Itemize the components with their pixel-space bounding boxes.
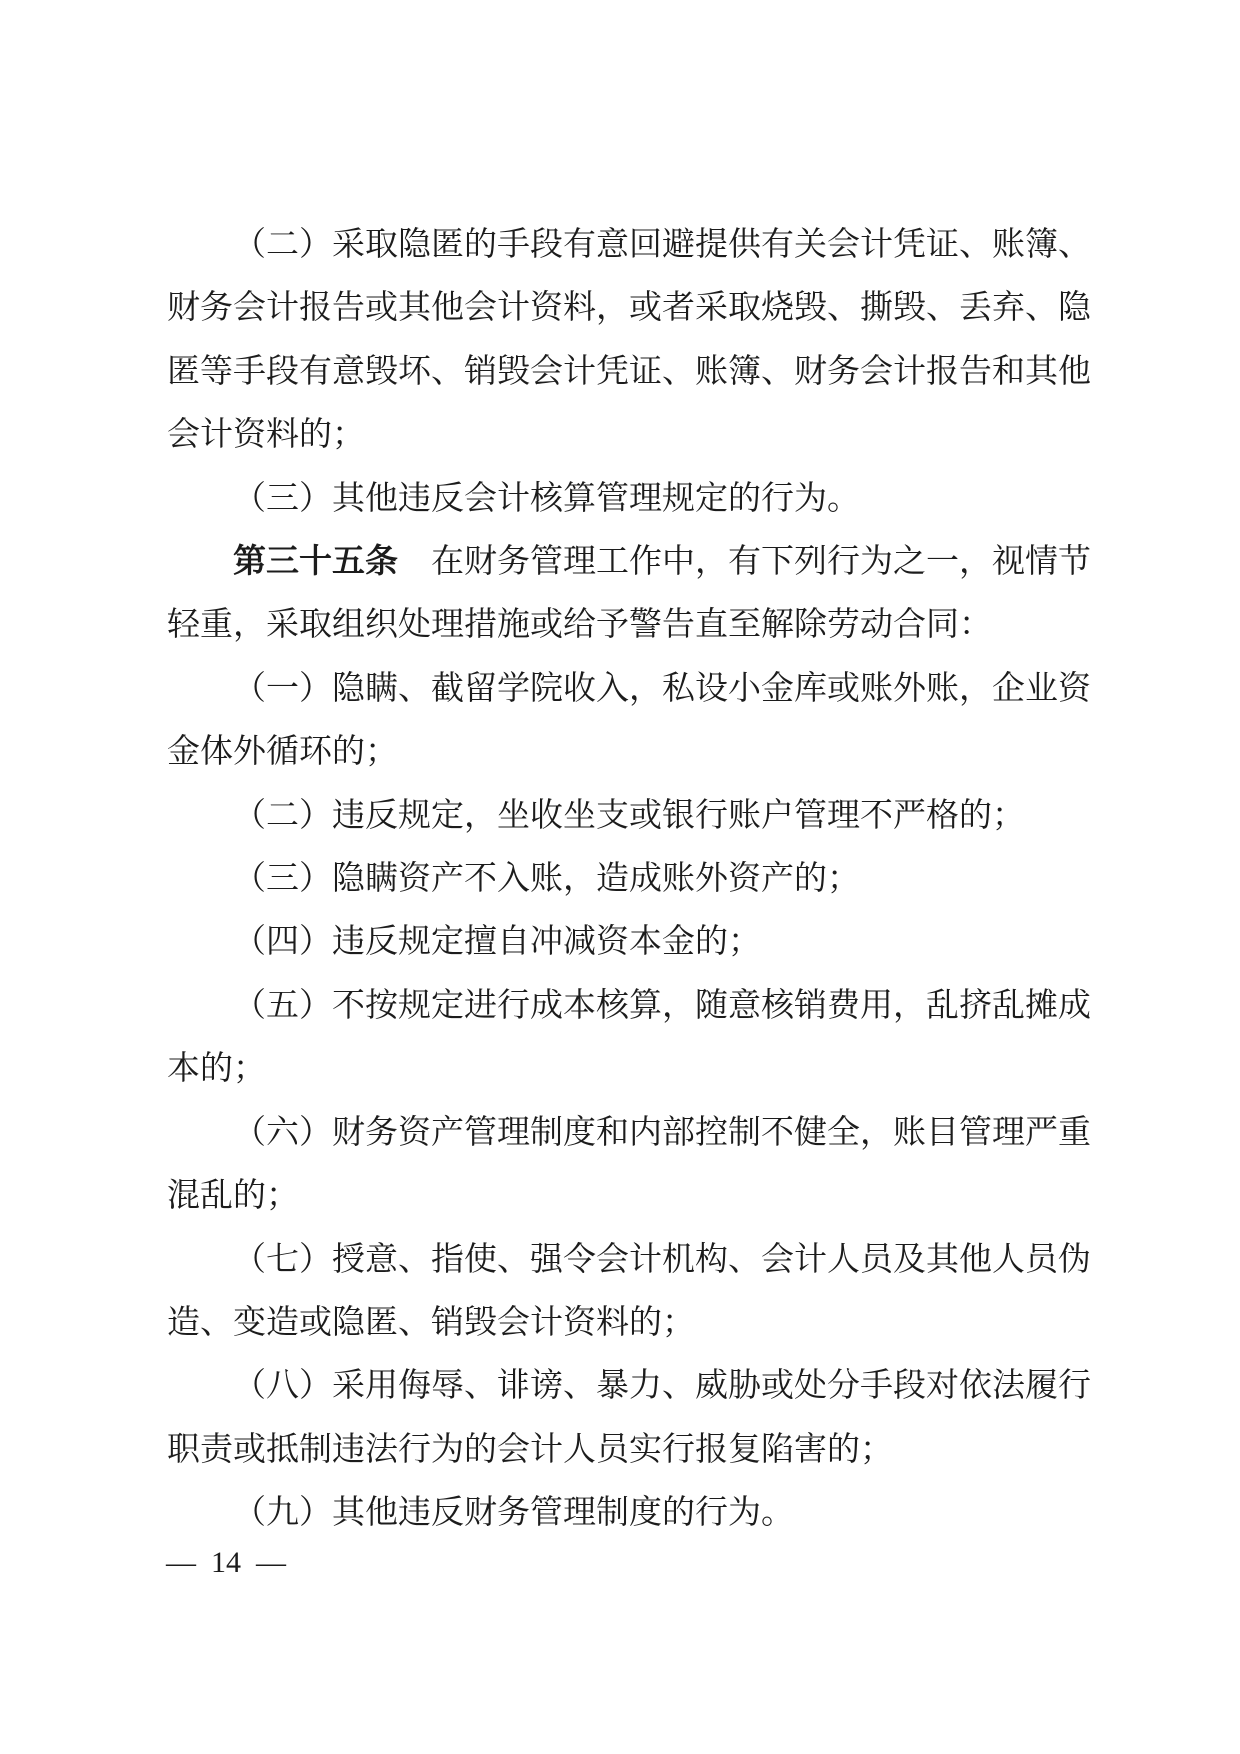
- item-1-financial-violation: （一）隐瞒、截留学院收入，私设小金库或账外账，企业资金体外循环的；: [167, 658, 1091, 785]
- article-number-bold: 第三十五条: [233, 544, 398, 580]
- item-6-financial-violation: （六）财务资产管理制度和内部控制不健全，账目管理严重混乱的；: [167, 1102, 1091, 1229]
- item-2-accounting-violation: （二）采取隐匿的手段有意回避提供有关会计凭证、账簿、财务会计报告或其他会计资料，…: [167, 214, 1091, 468]
- document-page: （二）采取隐匿的手段有意回避提供有关会计凭证、账簿、财务会计报告或其他会计资料，…: [0, 0, 1240, 1754]
- item-8-financial-violation: （八）采用侮辱、诽谤、暴力、威胁或处分手段对依法履行职责或抵制违法行为的会计人员…: [167, 1355, 1091, 1482]
- page-number-footer: — 14 —: [166, 1546, 286, 1580]
- item-3-accounting-violation: （三）其他违反会计核算管理规定的行为。: [167, 468, 1091, 531]
- item-9-financial-violation: （九）其他违反财务管理制度的行为。: [167, 1482, 1091, 1545]
- document-body: （二）采取隐匿的手段有意回避提供有关会计凭证、账簿、财务会计报告或其他会计资料，…: [167, 214, 1091, 1546]
- item-4-financial-violation: （四）违反规定擅自冲减资本金的；: [167, 911, 1091, 974]
- page-number: 14: [211, 1546, 241, 1580]
- item-3-financial-violation: （三）隐瞒资产不入账，造成账外资产的；: [167, 848, 1091, 911]
- footer-dash-left: —: [166, 1546, 196, 1580]
- article-35: 第三十五条 在财务管理工作中，有下列行为之一，视情节轻重，采取组织处理措施或给予…: [167, 531, 1091, 658]
- item-7-financial-violation: （七）授意、指使、强令会计机构、会计人员及其他人员伪造、变造或隐匿、销毁会计资料…: [167, 1229, 1091, 1356]
- item-2-financial-violation: （二）违反规定，坐收坐支或银行账户管理不严格的；: [167, 785, 1091, 848]
- item-5-financial-violation: （五）不按规定进行成本核算，随意核销费用，乱挤乱摊成本的；: [167, 975, 1091, 1102]
- footer-dash-right: —: [256, 1546, 286, 1580]
